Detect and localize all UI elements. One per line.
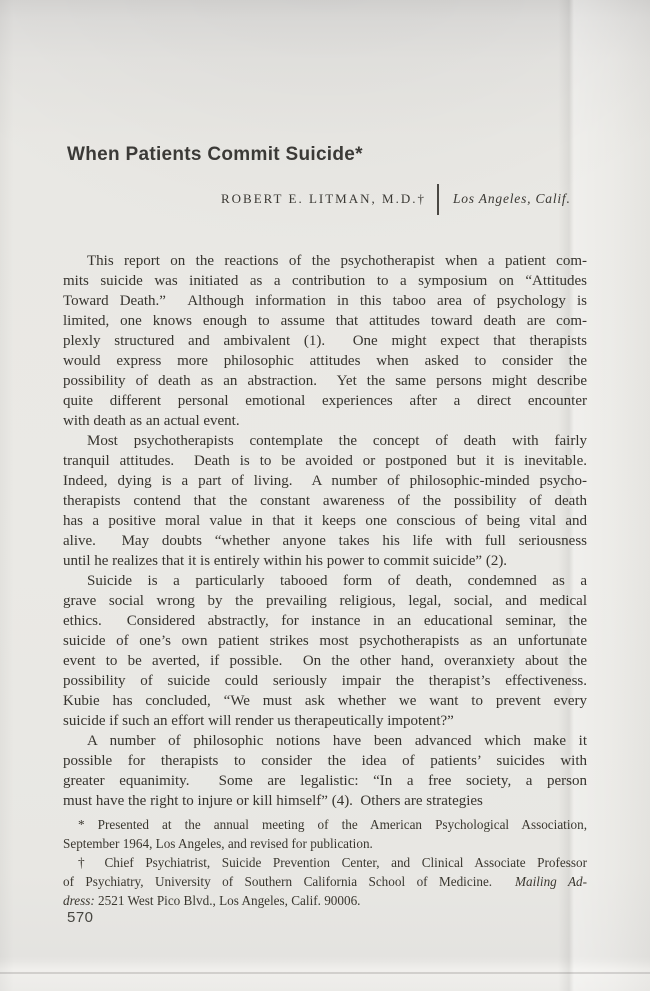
body-line: Indeed, dying is a part of living. A num… <box>63 471 587 491</box>
body-line: suicide of one’s own patient strikes mos… <box>63 631 587 651</box>
body-line: Suicide is a particularly tabooed form o… <box>63 571 587 591</box>
body-line: This report on the reactions of the psyc… <box>63 251 587 271</box>
body-line: plexly structured and ambivalent (1). On… <box>63 331 587 351</box>
body-line: event to be averted, if possible. On the… <box>63 651 587 671</box>
author-name: ROBERT E. LITMAN, M.D.† <box>221 191 426 207</box>
paragraph: A number of philosophic notions have bee… <box>63 731 587 811</box>
page-number: 570 <box>67 909 94 926</box>
byline-divider <box>437 184 439 215</box>
body-line: suicide if such an effort will render us… <box>63 711 587 731</box>
footnote: † Chief Psychiatrist, Suicide Prevention… <box>63 853 587 910</box>
footnotes-section: * Presented at the annual meeting of the… <box>63 815 587 910</box>
footnote-line: September 1964, Los Angeles, and revised… <box>63 834 587 853</box>
body-line: ethics. Considered abstractly, for insta… <box>63 611 587 631</box>
body-line: would express more philosophic attitudes… <box>63 351 587 371</box>
article-title: When Patients Commit Suicide* <box>67 143 363 166</box>
body-line: until he realizes that it is entirely wi… <box>63 551 587 571</box>
body-line: has a positive moral value in that it ke… <box>63 511 587 531</box>
body-line: alive. May doubts “whether anyone takes … <box>63 531 587 551</box>
footnote-line: of Psychiatry, University of Southern Ca… <box>63 872 587 891</box>
body-line: Most psychotherapists contemplate the co… <box>63 431 587 451</box>
body-line: therapists contend that the constant awa… <box>63 491 587 511</box>
footnote-line: * Presented at the annual meeting of the… <box>63 815 587 834</box>
paragraph: Most psychotherapists contemplate the co… <box>63 431 587 571</box>
body-line: Kubie has concluded, “We must ask whethe… <box>63 691 587 711</box>
scanned-page: When Patients Commit Suicide* ROBERT E. … <box>0 0 650 991</box>
body-line: quite different personal emotional exper… <box>63 391 587 411</box>
article-body: This report on the reactions of the psyc… <box>63 251 587 811</box>
body-line: Toward Death.” Although information in t… <box>63 291 587 311</box>
footnote-line: dress: 2521 West Pico Blvd., Los Angeles… <box>63 891 587 910</box>
body-line: possible for therapists to consider the … <box>63 751 587 771</box>
body-line: possibility of suicide could seriously i… <box>63 671 587 691</box>
footnote: * Presented at the annual meeting of the… <box>63 815 587 853</box>
body-line: possibility of death as an abstraction. … <box>63 371 587 391</box>
page-bottom-edge <box>0 972 650 974</box>
body-line: greater equanimity. Some are legalistic:… <box>63 771 587 791</box>
body-line: grave social wrong by the prevailing rel… <box>63 591 587 611</box>
body-line: A number of philosophic notions have bee… <box>63 731 587 751</box>
body-line: tranquil attitudes. Death is to be avoid… <box>63 451 587 471</box>
body-line: mits suicide was initiated as a contribu… <box>63 271 587 291</box>
article-location: Los Angeles, Calif. <box>453 191 571 207</box>
body-line: with death as an actual event. <box>63 411 587 431</box>
paragraph: Suicide is a particularly tabooed form o… <box>63 571 587 731</box>
paragraph: This report on the reactions of the psyc… <box>63 251 587 431</box>
body-line: must have the right to injure or kill hi… <box>63 791 587 811</box>
byline: ROBERT E. LITMAN, M.D.† Los Angeles, Cal… <box>221 182 571 216</box>
footnote-line: † Chief Psychiatrist, Suicide Prevention… <box>63 853 587 872</box>
body-line: limited, one knows enough to assume that… <box>63 311 587 331</box>
